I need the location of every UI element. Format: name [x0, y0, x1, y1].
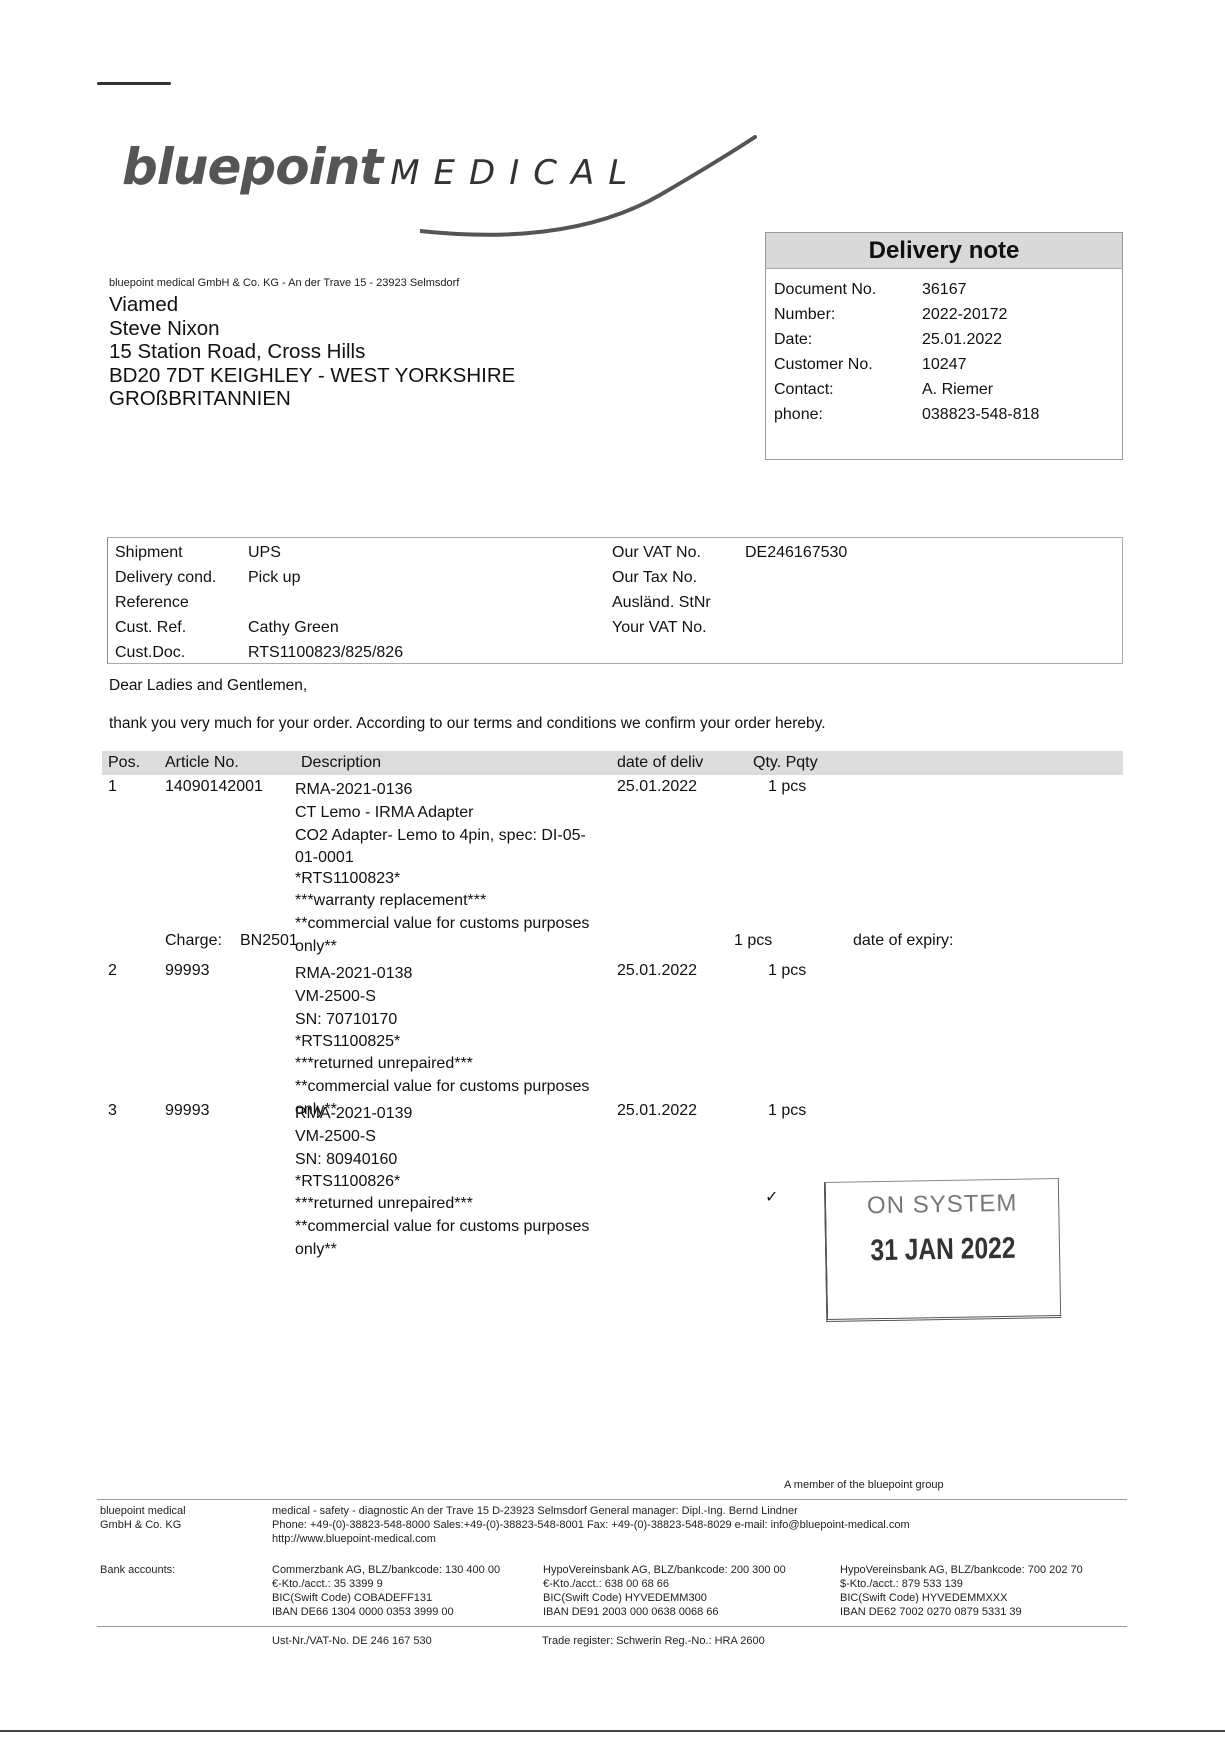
bank-line: BIC(Swift Code) HYVEDEMMXXX — [840, 1591, 1083, 1605]
description-line: VM-2500-S — [295, 985, 615, 1008]
delivery-note-field: Document No.36167 — [774, 277, 1122, 302]
delivery-note-box: Delivery note Document No.36167Number:20… — [765, 232, 1123, 460]
field-label: Ausländ. StNr — [612, 590, 745, 615]
item-description: RMA-2021-0139VM-2500-SSN: 80940160*RTS11… — [295, 1102, 615, 1261]
stamp-title: ON SYSTEM — [826, 1189, 1058, 1221]
field-label: Contact: — [774, 377, 922, 402]
delivery-note-field: Date:25.01.2022 — [774, 327, 1122, 352]
description-line: RMA-2021-0138 — [295, 962, 615, 985]
description-line: **commercial value for customs purposes … — [295, 912, 615, 958]
header-description: Description — [301, 751, 381, 775]
item-pos: 3 — [108, 1102, 117, 1120]
charge-qty: 1 pcs — [734, 932, 772, 950]
field-value: 10247 — [922, 352, 967, 377]
description-line: *RTS1100823* — [295, 868, 615, 889]
charge-expiry-label: date of expiry: — [853, 932, 954, 950]
recipient-line: 15 Station Road, Cross Hills — [109, 340, 515, 364]
footer-bank-hypo-usd: HypoVereinsbank AG, BLZ/bankcode: 700 20… — [840, 1563, 1083, 1619]
footer-divider — [97, 1626, 1127, 1627]
footer-bank-label: Bank accounts: — [100, 1563, 175, 1577]
item-article-no: 14090142001 — [165, 778, 263, 796]
field-value: 25.01.2022 — [922, 327, 1002, 352]
field-label: Cust. Ref. — [115, 615, 248, 640]
recipient-line: Steve Nixon — [109, 317, 515, 341]
field-value: A. Riemer — [922, 377, 993, 402]
field-value: Cathy Green — [248, 615, 339, 640]
charge-label: Charge: — [165, 932, 222, 950]
description-line: 01-0001 — [295, 847, 615, 868]
field-value: 36167 — [922, 277, 967, 302]
delivery-note-title: Delivery note — [766, 233, 1122, 269]
footer-company-line: GmbH & Co. KG — [100, 1518, 186, 1532]
field-value: 038823-548-818 — [922, 402, 1039, 427]
field-value: RTS1100823/825/826 — [248, 640, 403, 665]
bank-line: Commerzbank AG, BLZ/bankcode: 130 400 00 — [272, 1563, 500, 1577]
shipment-field: Your VAT No. — [612, 615, 847, 640]
bank-line: HypoVereinsbank AG, BLZ/bankcode: 700 20… — [840, 1563, 1083, 1577]
item-pos: 1 — [108, 778, 117, 796]
delivery-note-field: phone:038823-548-818 — [774, 402, 1122, 427]
delivery-note-field: Number:2022-20172 — [774, 302, 1122, 327]
item-quantity: 1 pcs — [768, 1102, 806, 1120]
description-line: CO2 Adapter- Lemo to 4pin, spec: DI-05- — [295, 824, 615, 847]
item-quantity: 1 pcs — [768, 962, 806, 980]
recipient-line: BD20 7DT KEIGHLEY - WEST YORKSHIRE — [109, 364, 515, 388]
field-value: UPS — [248, 540, 281, 565]
delivery-note-fields: Document No.36167Number:2022-20172Date:2… — [766, 269, 1122, 427]
shipment-field: Cust.Doc.RTS1100823/825/826 — [115, 640, 403, 665]
shipment-field: Cust. Ref.Cathy Green — [115, 615, 403, 640]
field-label: Shipment — [115, 540, 248, 565]
field-label: Your VAT No. — [612, 615, 745, 640]
footer-bank-hypo-eur: HypoVereinsbank AG, BLZ/bankcode: 200 30… — [543, 1563, 786, 1619]
description-line: RMA-2021-0139 — [295, 1102, 615, 1125]
field-label: Our VAT No. — [612, 540, 745, 565]
field-label: Document No. — [774, 277, 922, 302]
item-delivery-date: 25.01.2022 — [617, 1102, 697, 1120]
scan-edge — [0, 1730, 1225, 1732]
shipment-field: ShipmentUPS — [115, 540, 403, 565]
header-qty: Qty. Pqty — [753, 751, 818, 775]
logo-brand: bluepoint — [122, 138, 382, 196]
description-line: ***returned unrepaired*** — [295, 1192, 615, 1215]
footer-member-note: A member of the bluepoint group — [784, 1479, 944, 1491]
field-label: phone: — [774, 402, 922, 427]
footer-vat: Ust-Nr./VAT-No. DE 246 167 530 — [272, 1634, 432, 1648]
footer-trade-register: Trade register: Schwerin Reg.-No.: HRA 2… — [542, 1634, 765, 1648]
shipment-field: Reference — [115, 590, 403, 615]
footer-company: bluepoint medical GmbH & Co. KG — [100, 1504, 186, 1532]
footer-contact: medical - safety - diagnostic An der Tra… — [272, 1504, 910, 1546]
recipient-line: GROßBRITANNIEN — [109, 387, 515, 411]
footer-company-line: bluepoint medical — [100, 1504, 186, 1518]
field-value: DE246167530 — [745, 540, 847, 565]
description-line: CT Lemo - IRMA Adapter — [295, 801, 615, 824]
bank-line: IBAN DE66 1304 0000 0353 3999 00 — [272, 1605, 500, 1619]
description-line: RMA-2021-0136 — [295, 778, 615, 801]
shipment-field: Ausländ. StNr — [612, 590, 847, 615]
bank-line: €-Kto./acct.: 638 00 68 66 — [543, 1577, 786, 1591]
description-line: *RTS1100826* — [295, 1171, 615, 1192]
recipient-address: Viamed Steve Nixon 15 Station Road, Cros… — [109, 293, 515, 411]
bank-line: €-Kto./acct.: 35 3399 9 — [272, 1577, 500, 1591]
field-label: Reference — [115, 590, 248, 615]
description-line: SN: 70710170 — [295, 1008, 615, 1031]
footer-website-link[interactable]: http://www.bluepoint-medical.com — [272, 1532, 910, 1546]
header-article: Article No. — [165, 751, 239, 775]
item-delivery-date: 25.01.2022 — [617, 962, 697, 980]
item-delivery-date: 25.01.2022 — [617, 778, 697, 796]
description-line: ***returned unrepaired*** — [295, 1052, 615, 1075]
field-value: Pick up — [248, 565, 300, 590]
shipment-field: Our Tax No. — [612, 565, 847, 590]
sender-address: bluepoint medical GmbH & Co. KG - An der… — [109, 277, 459, 289]
item-description: RMA-2021-0136CT Lemo - IRMA AdapterCO2 A… — [295, 778, 615, 958]
item-description: RMA-2021-0138VM-2500-SSN: 70710170*RTS11… — [295, 962, 615, 1121]
stamp-date: 31 JAN 2022 — [848, 1231, 1039, 1268]
charge-value: BN2501 — [240, 932, 298, 950]
shipment-field: Delivery cond.Pick up — [115, 565, 403, 590]
footer-bank-commerzbank: Commerzbank AG, BLZ/bankcode: 130 400 00… — [272, 1563, 500, 1619]
header-date: date of deliv — [617, 751, 703, 775]
shipment-left-column: ShipmentUPSDelivery cond.Pick upReferenc… — [115, 540, 403, 665]
field-label: Our Tax No. — [612, 565, 745, 590]
field-value: 2022-20172 — [922, 302, 1007, 327]
header-pos: Pos. — [108, 751, 140, 775]
delivery-note-field: Contact:A. Riemer — [774, 377, 1122, 402]
description-line: SN: 80940160 — [295, 1148, 615, 1171]
shipment-right-column: Our VAT No.DE246167530Our Tax No.Ausländ… — [612, 540, 847, 640]
delivery-note-field: Customer No.10247 — [774, 352, 1122, 377]
item-quantity: 1 pcs — [768, 778, 806, 796]
field-label: Cust.Doc. — [115, 640, 248, 665]
shipment-field: Our VAT No.DE246167530 — [612, 540, 847, 565]
description-line: **commercial value for customs purposes … — [295, 1215, 615, 1261]
field-label: Customer No. — [774, 352, 922, 377]
footer-contact-line: medical - safety - diagnostic An der Tra… — [272, 1504, 910, 1518]
scan-mark — [97, 82, 171, 85]
letter-greeting: Dear Ladies and Gentlemen, — [109, 677, 307, 695]
items-table-header: Pos. Article No. Description date of del… — [102, 751, 1123, 775]
recipient-line: Viamed — [109, 293, 515, 317]
received-stamp: ON SYSTEM 31 JAN 2022 — [824, 1178, 1061, 1322]
field-label: Number: — [774, 302, 922, 327]
bank-line: BIC(Swift Code) HYVEDEMM300 — [543, 1591, 786, 1605]
footer-divider — [97, 1499, 1127, 1500]
logo-swoosh-icon — [420, 135, 760, 245]
field-label: Delivery cond. — [115, 565, 248, 590]
item-article-no: 99993 — [165, 1102, 210, 1120]
letter-intro: thank you very much for your order. Acco… — [109, 715, 826, 733]
description-line: ***warranty replacement*** — [295, 889, 615, 912]
description-line: *RTS1100825* — [295, 1031, 615, 1052]
field-label: Date: — [774, 327, 922, 352]
bank-line: $-Kto./acct.: 879 533 139 — [840, 1577, 1083, 1591]
bank-line: HypoVereinsbank AG, BLZ/bankcode: 200 30… — [543, 1563, 786, 1577]
description-line: VM-2500-S — [295, 1125, 615, 1148]
shipment-box: ShipmentUPSDelivery cond.Pick upReferenc… — [107, 537, 1123, 664]
footer-contact-line: Phone: +49-(0)-38823-548-8000 Sales:+49-… — [272, 1518, 910, 1532]
bank-line: IBAN DE62 7002 0270 0879 5331 39 — [840, 1605, 1083, 1619]
item-article-no: 99993 — [165, 962, 210, 980]
check-mark-icon: ✓ — [765, 1187, 778, 1207]
bank-line: BIC(Swift Code) COBADEFF131 — [272, 1591, 500, 1605]
bank-line: IBAN DE91 2003 000 0638 0068 66 — [543, 1605, 786, 1619]
item-pos: 2 — [108, 962, 117, 980]
